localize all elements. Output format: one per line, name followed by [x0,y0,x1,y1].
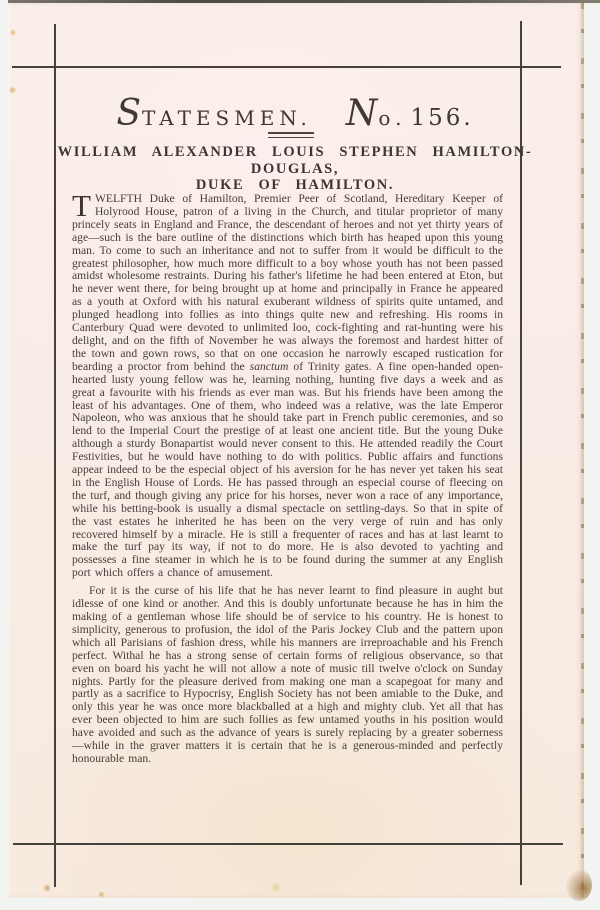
paragraph-1-text: WELFTH Duke of Hamilton, Premier Peer of… [72,192,503,373]
foxing-spot [98,891,105,898]
foxing-spot [10,29,16,36]
border-rule-bottom [13,843,563,845]
corner-stain [566,869,592,901]
scanned-document-page: STATESMEN.No. 156. WILLIAM ALEXANDER LOU… [0,0,600,910]
paper-sheet: STATESMEN.No. 156. WILLIAM ALEXANDER LOU… [8,3,584,898]
issue-number: 156. [410,105,473,131]
paragraph-1: TWELFTH Duke of Hamilton, Premier Peer o… [72,193,503,580]
paragraph-1-italic-word: sanctum [250,360,289,373]
number-abbrev: o. [378,106,406,130]
article-body: TWELFTH Duke of Hamilton, Premier Peer o… [72,193,503,766]
foxing-spot [9,86,16,94]
article-title: WILLIAM ALEXANDER LOUIS STEPHEN HAMILTON… [38,144,552,194]
paragraph-2: For it is the curse of his life that he … [72,585,503,766]
series-title: TATESMEN. [142,106,312,130]
foxing-spot [43,884,51,892]
series-title-initial: S [116,93,142,134]
article-title-line-1: WILLIAM ALEXANDER LOUIS STEPHEN HAMILTON… [38,144,552,177]
number-initial: N [346,93,379,134]
paper-right-edge [581,3,584,898]
paragraph-1-text-cont: of Trinity gates. A fine open-handed ope… [72,360,503,580]
border-rule-top [12,66,561,68]
title-divider-rule [268,132,314,138]
drop-cap: T [72,193,95,218]
masthead: STATESMEN.No. 156. [8,93,582,134]
foxing-spot [270,883,282,892]
